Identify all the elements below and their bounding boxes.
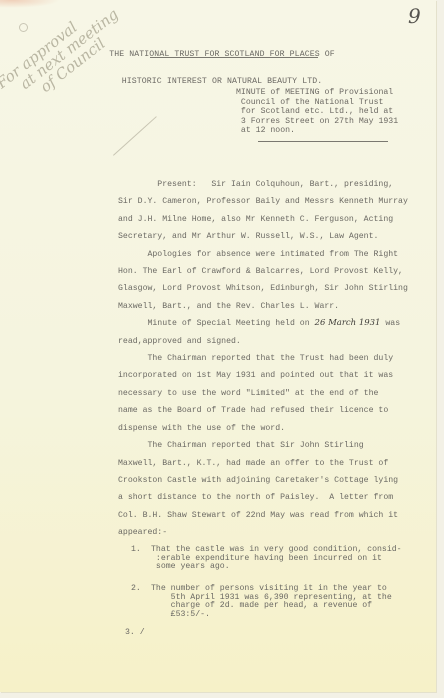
text-line: read,approved and signed. [118,333,438,350]
meeting-line-4: 3 Forres Street on 27th May 1931 [236,117,398,127]
paper-stain [0,0,60,8]
text-line: necessary to use the word "Limited" at t… [118,385,438,402]
list-number: 1. [131,546,141,555]
paragraph-incorporation: The Chairman reported that the Trust had… [118,350,438,437]
text-line: Col. B.H. Shaw Stewart of 22nd May was r… [118,507,438,524]
text-line: The Chairman reported that the Trust had… [118,350,438,367]
meeting-header: MINUTE of MEETING of Provisional Council… [236,88,398,136]
text-line: £53:5/-. [151,611,392,620]
text-line: Present: Sir Iain Colquhoun, Bart., pres… [118,176,438,193]
document-page: 9 THE NATIONAL TRUST FOR SCOTLAND FOR PL… [0,0,436,692]
meeting-line-2: Council of the National Trust [236,98,398,108]
minute-suffix: was [380,319,400,328]
minutes-body: Present: Sir Iain Colquhoun, Bart., pres… [118,176,438,542]
text-line: Hon. The Earl of Crawford & Balcarres, L… [118,263,438,280]
paragraph-crookston: The Chairman reported that Sir John Stir… [118,437,438,541]
text-line: Minute of Special Meeting held on 26 Mar… [118,315,438,332]
annotation-stroke [113,116,157,156]
text-line: dispense with the use of the word. [118,420,438,437]
meeting-line-1: MINUTE of MEETING of Provisional [236,88,398,98]
text-line: a short distance to the north of Paisley… [118,489,438,506]
meeting-line-5: at 12 noon. [236,126,398,136]
text-line: Maxwell, Bart., and the Rev. Charles L. … [118,298,438,315]
meeting-line-3: for Scotland etc. Ltd., held at [236,107,398,117]
text-line: Apologies for absence were intimated fro… [118,246,438,263]
text-line: name as the Board of Trade had refused t… [118,402,438,419]
paragraph-present: Present: Sir Iain Colquhoun, Bart., pres… [118,176,438,246]
handwritten-date: 26 March 1931 [315,318,381,328]
text-line: Maxwell, Bart., K.T., had made an offer … [118,455,438,472]
text-line: Crookston Castle with adjoining Caretake… [118,472,438,489]
text-line: some years ago. [151,563,402,572]
list-text: That the castle was in very good conditi… [151,546,402,572]
text-line: incorporated on 1st May 1931 and pointed… [118,367,438,384]
list-number: 2. [131,585,141,594]
text-line: appeared:- [118,524,438,541]
meeting-divider [258,141,388,142]
minute-prefix: Minute of Special Meeting held on [118,319,315,328]
page-number: 9 [408,4,421,28]
text-line: and J.H. Milne Home, also Mr Kenneth C. … [118,211,438,228]
punch-hole-icon [19,23,28,32]
text-line: Sir D.Y. Cameron, Professor Baily and Me… [118,193,438,210]
text-line: Secretary, and Mr Arthur W. Russell, W.S… [118,228,438,245]
text-line: Glasgow, Lord Provost Whitson, Edinburgh… [118,280,438,297]
paragraph-apologies: Apologies for absence were intimated fro… [118,246,438,316]
list-text: The number of persons visiting it in the… [151,585,392,619]
paragraph-minute: Minute of Special Meeting held on 26 Mar… [118,315,438,350]
text-line: The Chairman reported that Sir John Stir… [118,437,438,454]
title-divider [150,57,318,58]
continuation-marker: 3. / [125,628,145,637]
